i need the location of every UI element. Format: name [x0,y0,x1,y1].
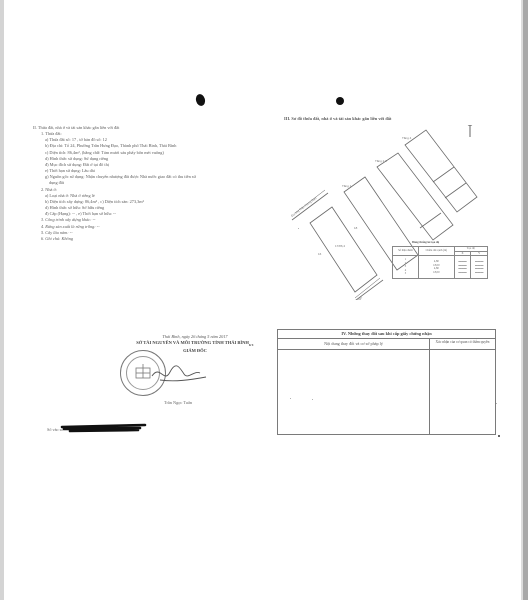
other-line: 6. Ghi chú: Không [33,236,273,242]
scan-speck [290,398,291,399]
changes-confirmation-cell [430,350,495,435]
scan-speck [498,435,500,437]
coord-header: Số hiệu điểm [393,247,419,256]
diagram-floor-label: Tầng 4 [402,136,412,140]
changes-content-cell [278,350,430,435]
diagram-floor-label: Tầng 2,3 [375,159,387,163]
redaction-mark [60,422,148,434]
organization-suffix: KT. [249,343,254,347]
signer-name: Trần Ngọc Tuấn [164,400,192,405]
coord-table: Số hiệu điểm Chiều dài cạnh (m) Tọa độ X… [392,246,488,279]
changes-header-content: Nội dung thay đổi và cơ sở pháp lý [278,339,430,349]
changes-header-confirmation: Xác nhận của cơ quan có thẩm quyền [430,339,495,349]
diagram-neighbor-label: 18 [354,226,358,230]
organization-name: SỞ TÀI NGUYÊN VÀ MÔI TRƯỜNG TỈNH THÁI BÌ… [136,340,249,345]
coord-point: 5 [394,272,417,276]
diagram-parcel-label: 17/86,4 [335,244,345,248]
diagram-floor-label: Tầng 1 [342,184,352,188]
section-ii: II. Thửa đất, nhà ở và tài sản khác gắn … [33,125,273,242]
coord-header: Chiều dài cạnh (m) [418,247,454,256]
signature-organization: SỞ TÀI NGUYÊN VÀ MÔI TRƯỜNG TỈNH THÁI BÌ… [105,340,285,348]
section-iii-heading: III. Sơ đồ thửa đất, nhà ở và tài sản kh… [284,116,391,122]
scan-speck [312,399,313,400]
scan-speck [298,228,299,229]
page-edge-right [523,0,528,600]
section-iv-heading: IV. Những thay đổi sau khi cấp giấy chứn… [278,330,495,339]
signature-stroke-icon [150,362,210,386]
punch-hole-right [336,97,344,105]
page-edge-left [0,0,4,600]
diagram-neighbor-label: 16 [318,252,322,256]
coord-table-title: Bảng thống kê tọa độ [412,240,439,244]
scan-speck [496,403,497,404]
punch-hole-left [195,93,207,107]
coord-length: 18,00 [420,271,453,275]
diagram-road-label: Đường Trần Hưng Đạo [290,196,317,218]
changes-table: IV. Những thay đổi sau khi cấp giấy chứn… [277,329,496,435]
